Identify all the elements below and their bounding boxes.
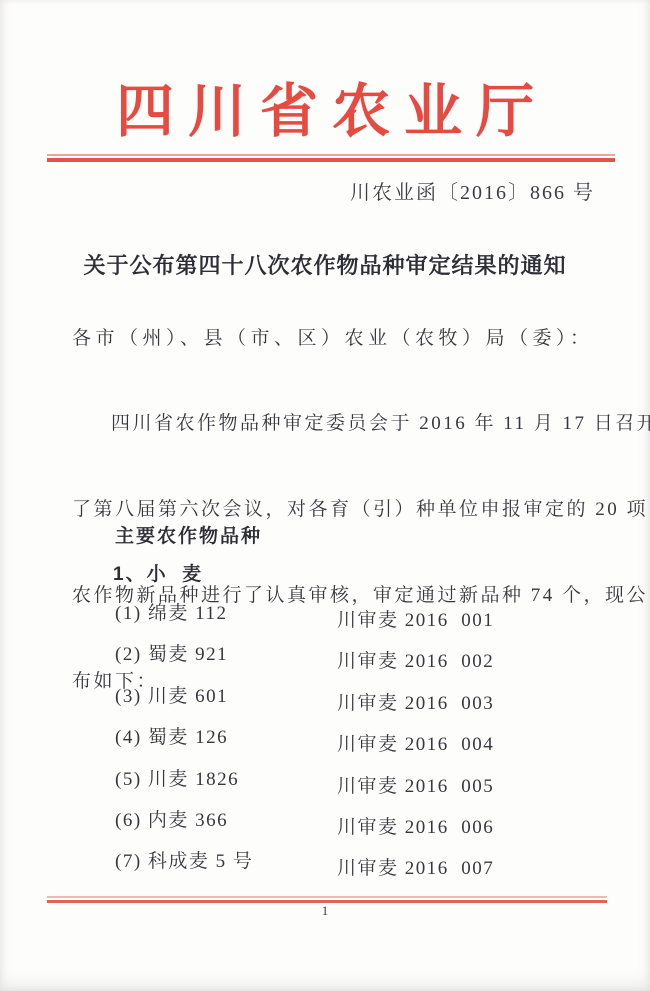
variety-row: (5) 川麦 1826 川审麦 2016 005	[115, 760, 600, 801]
variety-name: (4) 蜀麦 126	[115, 722, 228, 749]
section-heading-major-crops: 主要农作物品种	[115, 521, 262, 548]
variety-row: (6) 内麦 366 川审麦 2016 006	[115, 801, 600, 842]
document-title: 关于公布第四十八次农作物品种审定结果的通知	[0, 249, 650, 280]
variety-row: (4) 蜀麦 126 川审麦 2016 004	[115, 718, 600, 759]
variety-name: (1) 绵麦 112	[115, 598, 227, 625]
variety-name: (6) 内麦 366	[115, 805, 228, 832]
footer-red-rule	[47, 896, 607, 903]
document-page: 四川省农业厅 川农业函〔2016〕866 号 关于公布第四十八次农作物品种审定结…	[0, 0, 650, 991]
paragraph-line: 四川省农作物品种审定委员会于 2016 年 11 月 17 日召开	[72, 403, 598, 445]
variety-row: (1) 绵麦 112 川审麦 2016 001	[115, 594, 600, 635]
variety-row: (7) 科成麦 5 号 川审麦 2016 007	[115, 842, 600, 883]
variety-code: 川审麦 2016 005	[337, 771, 494, 798]
variety-name: (7) 科成麦 5 号	[115, 846, 253, 873]
variety-code: 川审麦 2016 002	[337, 646, 494, 673]
variety-code: 川审麦 2016 004	[337, 729, 494, 756]
variety-code: 川审麦 2016 003	[337, 688, 494, 715]
sub-heading-wheat: 1、小 麦	[113, 559, 203, 586]
salutation-line: 各市（州）、县（市、区）农业（农牧）局（委）：	[72, 324, 600, 354]
page-number: 1	[0, 903, 650, 919]
variety-code: 川审麦 2016 001	[337, 605, 494, 632]
variety-list: (1) 绵麦 112 川审麦 2016 001 (2) 蜀麦 921 川审麦 2…	[115, 594, 600, 884]
letterhead-title: 四川省农业厅	[0, 64, 650, 148]
variety-name: (5) 川麦 1826	[115, 764, 239, 791]
header-red-rule	[47, 154, 615, 162]
document-number: 川农业函〔2016〕866 号	[350, 176, 595, 205]
variety-name: (2) 蜀麦 921	[115, 639, 228, 666]
variety-row: (3) 川麦 601 川审麦 2016 003	[115, 677, 600, 718]
variety-row: (2) 蜀麦 921 川审麦 2016 002	[115, 635, 600, 676]
variety-code: 川审麦 2016 006	[337, 812, 494, 839]
variety-name: (3) 川麦 601	[115, 681, 228, 708]
variety-code: 川审麦 2016 007	[337, 853, 494, 880]
